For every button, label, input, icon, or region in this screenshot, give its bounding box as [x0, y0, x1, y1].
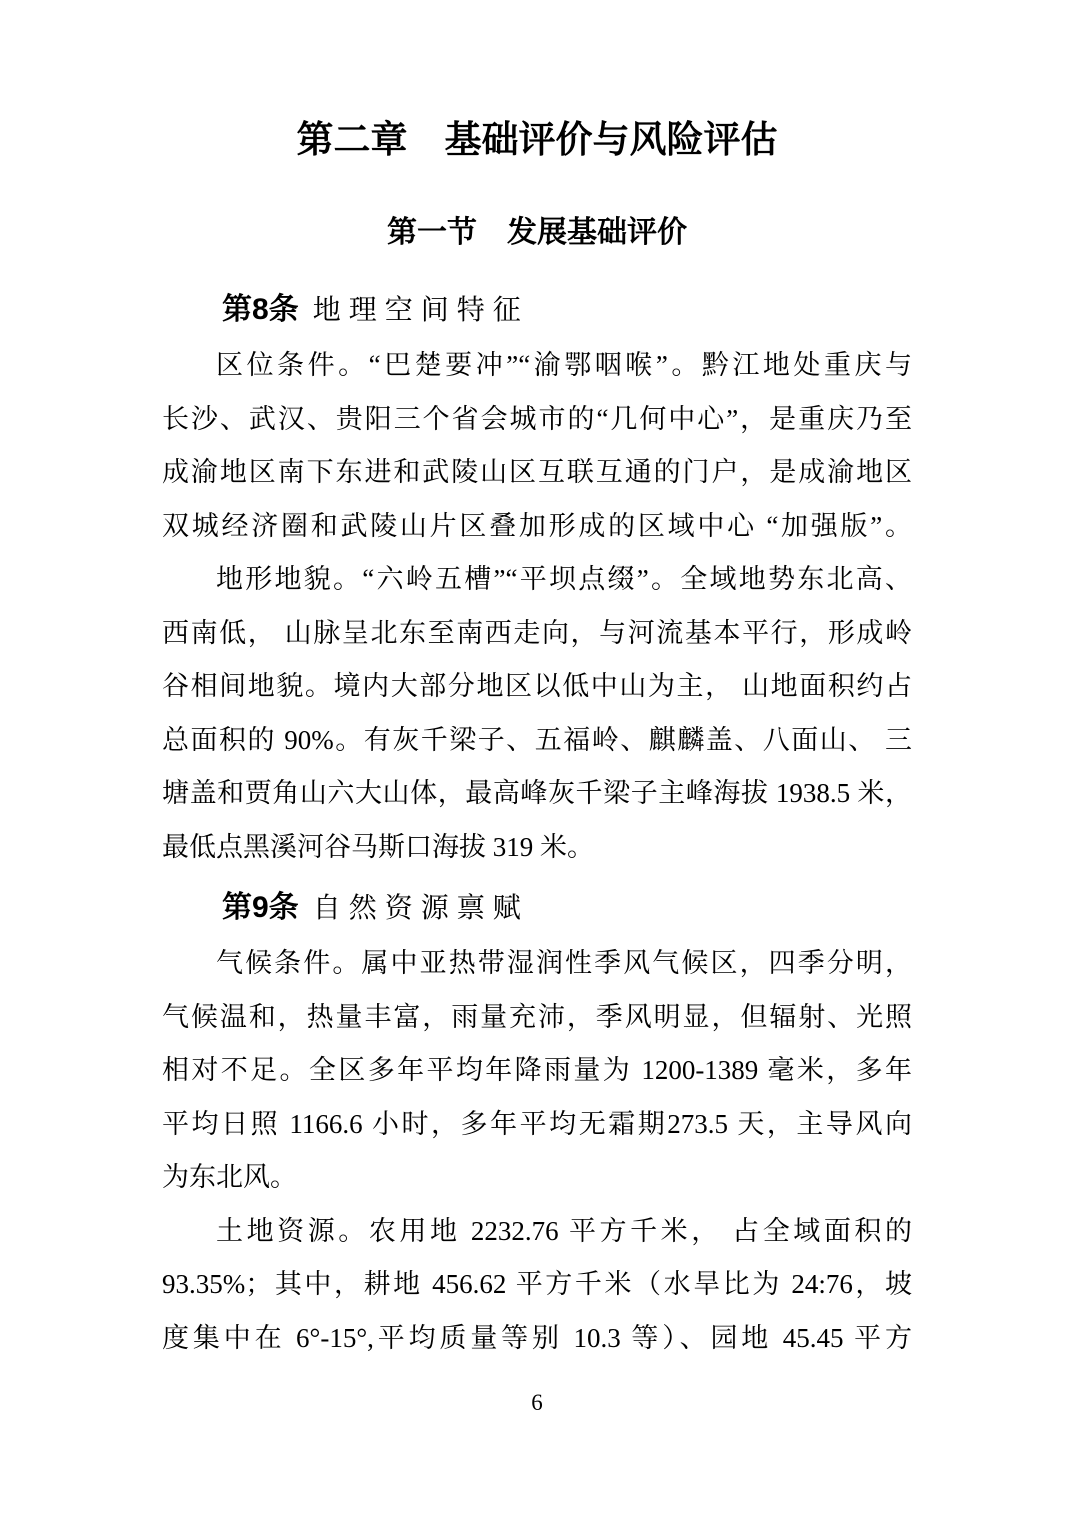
document-content: 第二章基础评价与风险评估 第一节发展基础评价 第8条地理空间特征区位条件。“巴楚…: [162, 0, 912, 1365]
text-line: 总面积的 90%。有灰千梁子、五福岭、麒麟盖、八面山、 三: [162, 714, 912, 768]
article-title: 自然资源禀赋: [313, 893, 529, 924]
section-title-text: 发展基础评价: [507, 216, 687, 249]
article-number: 第9条: [222, 891, 299, 924]
text-line: 长沙、武汉、贵阳三个省会城市的“几何中心”，是重庆乃至: [162, 393, 912, 447]
chapter-title: 第二章基础评价与风险评估: [162, 116, 912, 166]
text-line: 93.35%；其中，耕地 456.62 平方千米（水旱比为 24:76，坡: [162, 1258, 912, 1312]
text-line: 相对不足。全区多年平均年降雨量为 1200-1389 毫米，多年: [162, 1044, 912, 1098]
paragraph: 地形地貌。“六岭五槽”“平坝点缀”。全域地势东北高、西南低， 山脉呈北东至南西走…: [162, 553, 912, 874]
paragraph: 区位条件。“巴楚要冲”“渝鄂咽喉”。黔江地处重庆与长沙、武汉、贵阳三个省会城市的…: [162, 339, 912, 553]
text-line: 最低点黑溪河谷马斯口海拔 319 米。: [162, 821, 912, 875]
page-number: 6: [0, 1390, 1074, 1416]
article-heading: 第8条地理空间特征: [162, 282, 912, 339]
paragraph: 土地资源。农用地 2232.76 平方千米， 占全域面积的93.35%；其中，耕…: [162, 1205, 912, 1366]
text-line: 土地资源。农用地 2232.76 平方千米， 占全域面积的: [162, 1205, 912, 1259]
article-heading: 第9条自然资源禀赋: [162, 880, 912, 937]
text-line: 气候温和，热量丰富，雨量充沛，季风明显，但辐射、光照: [162, 991, 912, 1045]
text-line: 西南低， 山脉呈北东至南西走向，与河流基本平行，形成岭: [162, 607, 912, 661]
text-line: 为东北风。: [162, 1151, 912, 1205]
paragraph: 气候条件。属中亚热带湿润性季风气候区，四季分明，气候温和，热量丰富，雨量充沛，季…: [162, 937, 912, 1205]
chapter-label: 第二章: [297, 120, 408, 161]
article-number: 第8条: [222, 293, 299, 326]
article-title: 地理空间特征: [313, 295, 529, 326]
text-line: 塘盖和贾角山六大山体，最高峰灰千梁子主峰海拔 1938.5 米，: [162, 767, 912, 821]
text-line: 双城经济圈和武陵山片区叠加形成的区域中心 “加强版”。: [162, 500, 912, 554]
text-line: 气候条件。属中亚热带湿润性季风气候区，四季分明，: [162, 937, 912, 991]
section-label: 第一节: [387, 216, 477, 249]
text-line: 地形地貌。“六岭五槽”“平坝点缀”。全域地势东北高、: [162, 553, 912, 607]
text-line: 谷相间地貌。境内大部分地区以低中山为主， 山地面积约占: [162, 660, 912, 714]
text-line: 度集中在 6°-15°,平均质量等别 10.3 等）、园地 45.45 平方: [162, 1312, 912, 1366]
chapter-title-text: 基础评价与风险评估: [445, 120, 778, 161]
text-line: 区位条件。“巴楚要冲”“渝鄂咽喉”。黔江地处重庆与: [162, 339, 912, 393]
text-line: 成渝地区南下东进和武陵山区互联互通的门户，是成渝地区: [162, 446, 912, 500]
document-body: 第8条地理空间特征区位条件。“巴楚要冲”“渝鄂咽喉”。黔江地处重庆与长沙、武汉、…: [162, 282, 912, 1365]
section-title: 第一节发展基础评价: [162, 212, 912, 254]
text-line: 平均日照 1166.6 小时，多年平均无霜期273.5 天，主导风向: [162, 1098, 912, 1152]
document-page: 第二章基础评价与风险评估 第一节发展基础评价 第8条地理空间特征区位条件。“巴楚…: [0, 0, 1074, 1520]
